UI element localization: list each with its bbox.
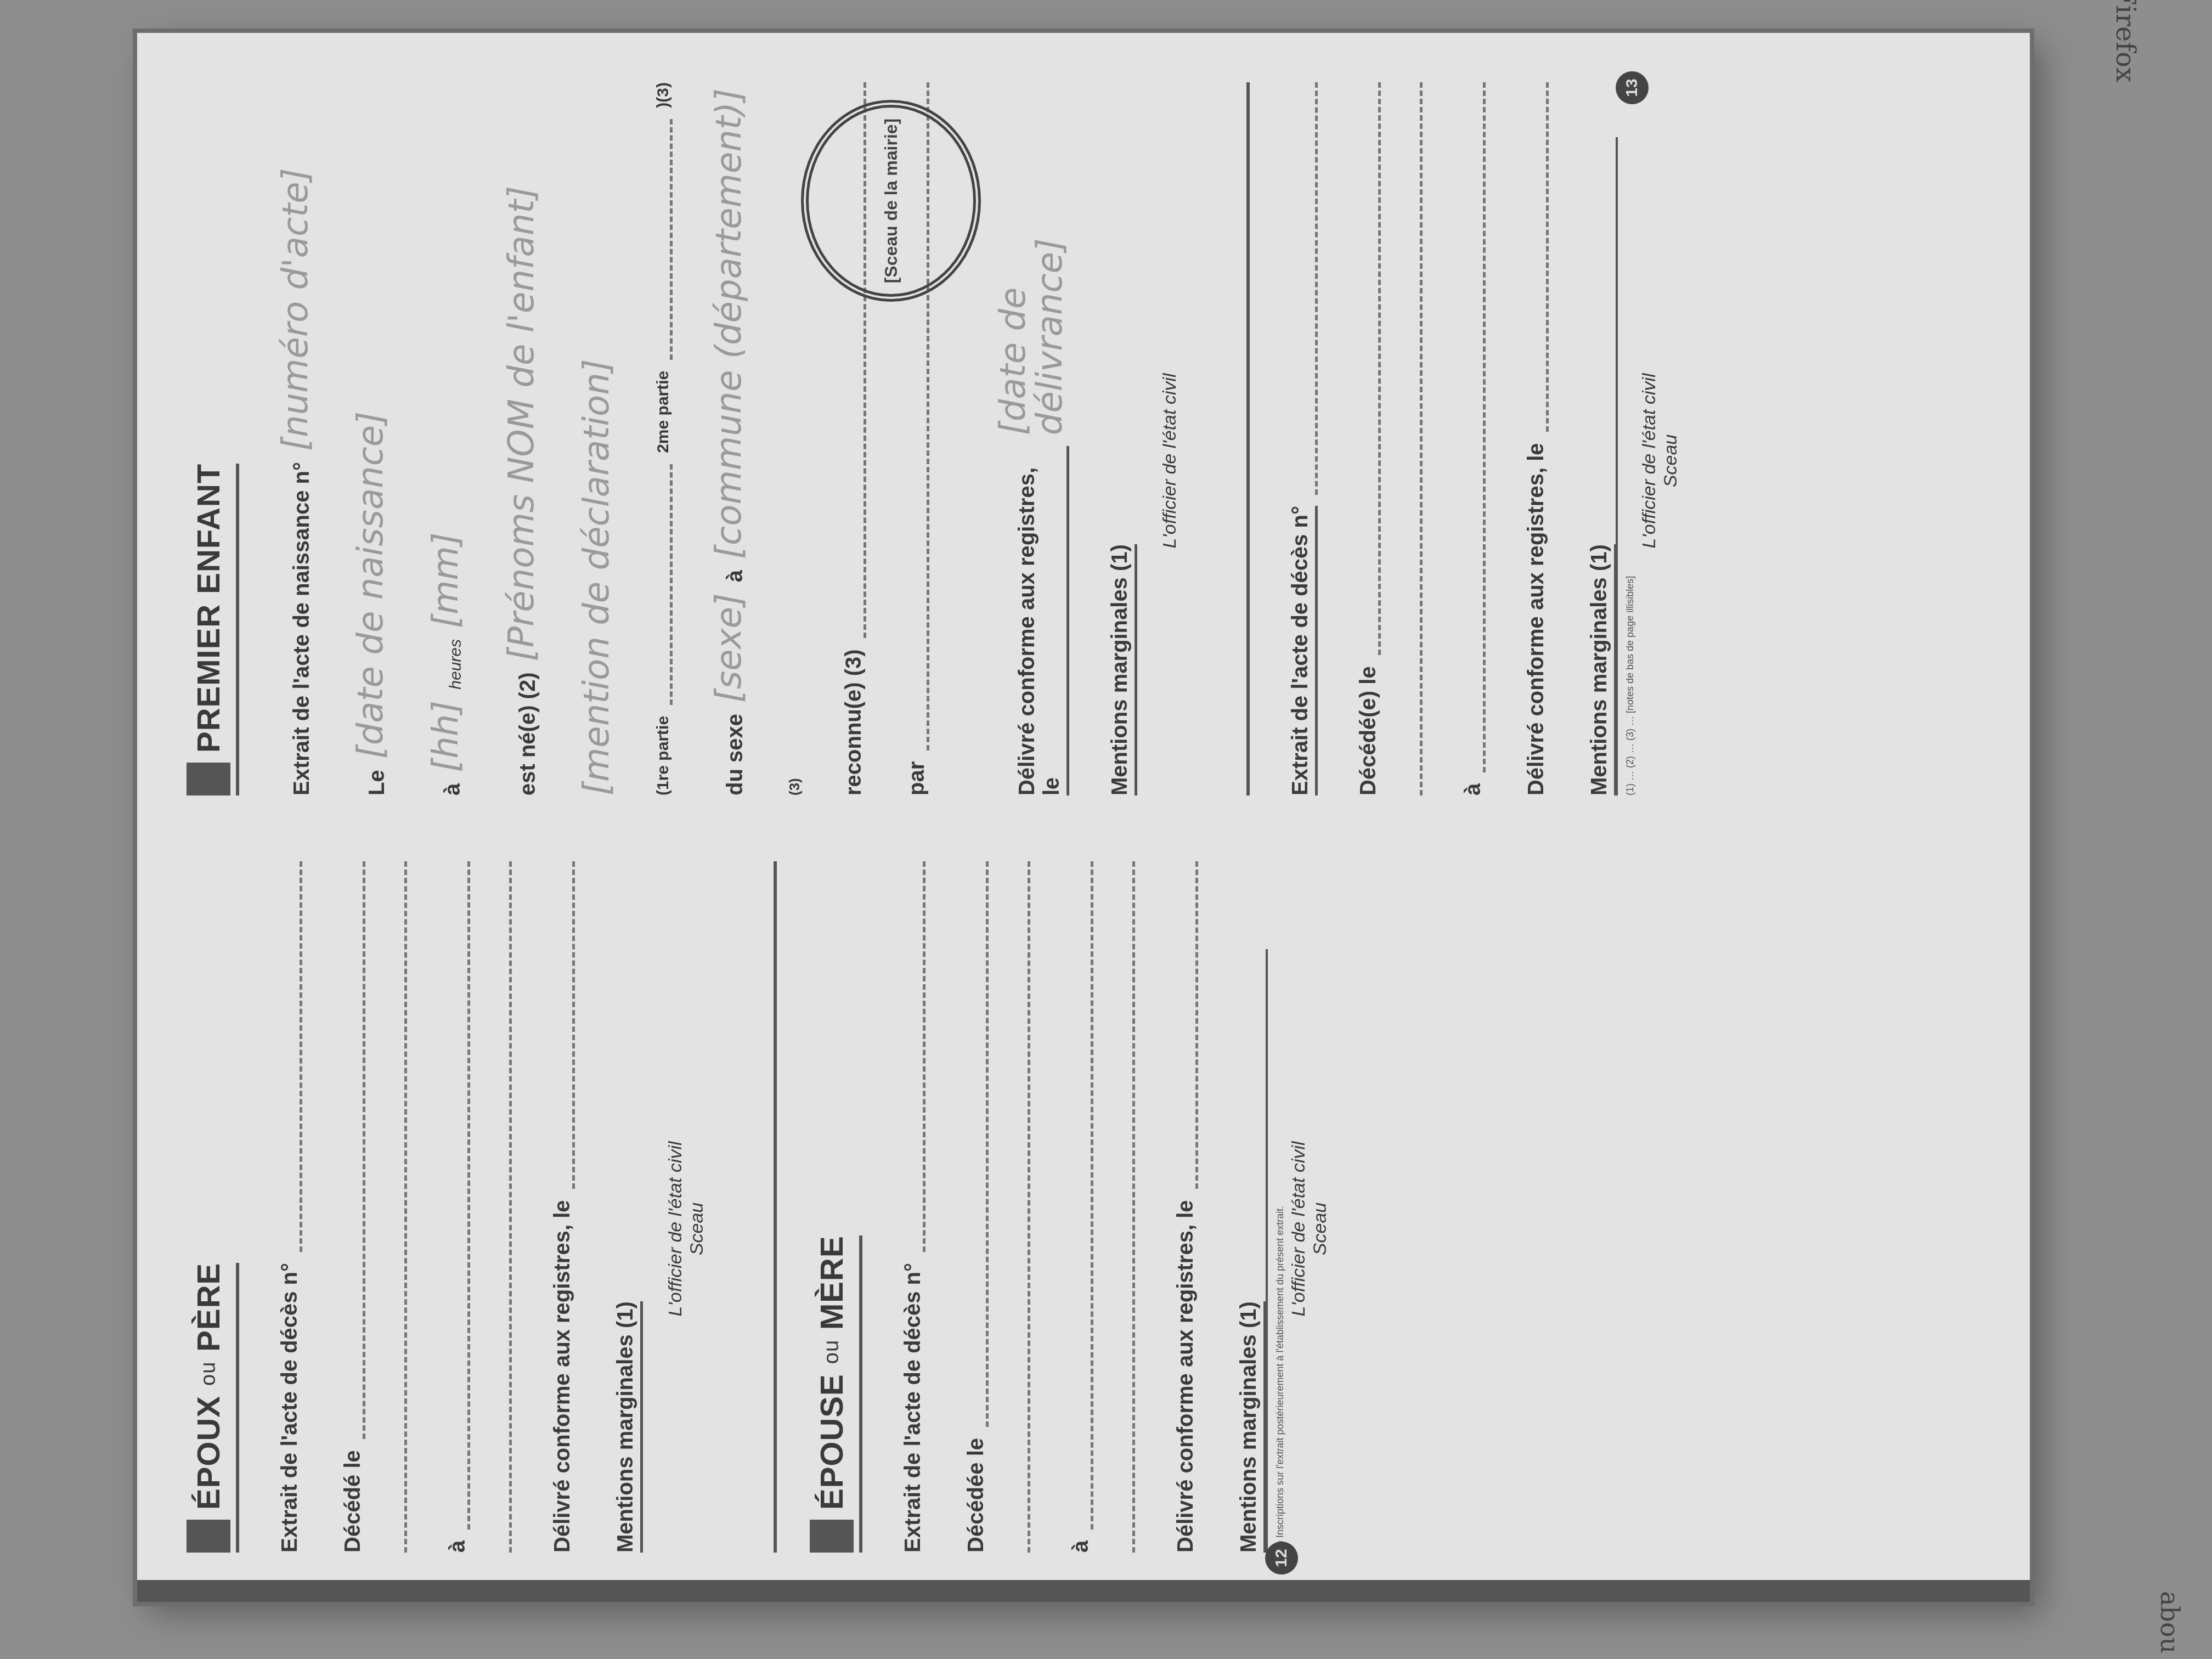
declaration-note[interactable]: [mention de déclaration]	[579, 359, 616, 795]
sex-label: du sexe	[723, 714, 748, 795]
first-child-section: PREMIER ENFANT Extrait de l'acte de nais…	[187, 82, 1181, 795]
birth-extract-number[interactable]: [numéro d'acte]	[278, 168, 314, 451]
father-section: ÉPOUX ou PÈRE Extrait de l'acte de décès…	[187, 861, 708, 1553]
birth-date-value[interactable]: [date de naissance]	[353, 411, 390, 759]
deceased-date-field[interactable]	[1378, 82, 1381, 655]
right-footnotes: (1) … (2) … (3) … [notes de bas de page …	[1616, 137, 1637, 795]
blank-line	[669, 119, 673, 360]
officer-signature-block: L'officier de l'état civil Sceau	[1639, 82, 1681, 795]
blank-line	[1419, 82, 1423, 795]
child-names-value[interactable]: [Prénoms NOM de l'enfant]	[504, 186, 540, 662]
birth-time-prefix: à	[441, 783, 465, 795]
officer-signature-block: L'officier de l'état civil Sceau	[1288, 861, 1331, 1553]
delivered-date-stamp: [date de délivrance]	[995, 82, 1069, 435]
recognized-label: reconnu(e) (3)	[842, 649, 866, 795]
death-extract-field[interactable]	[922, 861, 926, 1252]
delivered-date-field[interactable]	[572, 861, 575, 1189]
death-extract-label: Extrait de l'acte de décès n°	[278, 1263, 302, 1553]
death-place-field[interactable]	[1482, 82, 1486, 772]
by-label: par	[905, 761, 929, 795]
birth-extract-label: Extrait de l'acte de naissance n°	[290, 462, 314, 795]
death-place-field[interactable]	[1090, 861, 1093, 1530]
first-child-section-title: PREMIER ENFANT	[187, 464, 239, 795]
marginal-mentions-label: Mentions marginales (1)	[613, 1301, 643, 1553]
marginal-mentions-label: Mentions marginales (1)	[1587, 544, 1617, 795]
section-tab-marker	[810, 1520, 854, 1553]
birthplace-prefix: à	[723, 570, 748, 582]
section-divider	[774, 861, 777, 1553]
birth-hour-value[interactable]: [hh]	[428, 701, 465, 772]
death-place-field[interactable]	[467, 861, 470, 1530]
page-number-badge: 12	[1265, 1542, 1298, 1575]
deceased-date-field[interactable]	[985, 861, 989, 1427]
mother-section-title: ÉPOUSE ou MÈRE	[810, 1235, 862, 1553]
officer-signature-block: L'officier de l'état civil Sceau	[665, 861, 708, 1553]
born-label: est né(e) (2)	[516, 673, 540, 796]
death-extract-label: Extrait de l'acte de décès n°	[1288, 506, 1318, 795]
deceased-date-label: Décédée le	[964, 1438, 989, 1553]
death-extract-label: Extrait de l'acte de décès n°	[901, 1263, 926, 1553]
deceased-date-field[interactable]	[362, 861, 365, 1439]
blank-line	[404, 861, 407, 1553]
death-place-label: à	[1069, 1541, 1093, 1553]
birth-minute-value[interactable]: [mm]	[428, 532, 465, 628]
officer-signature-block: L'officier de l'état civil	[1159, 82, 1181, 795]
section-tab-marker	[187, 1520, 230, 1553]
deceased-date-label: Décédé le	[341, 1450, 365, 1553]
death-extract-field[interactable]	[299, 861, 302, 1252]
municipal-seal-stamp: [Sceau de la mairie]	[801, 100, 981, 302]
birth-date-label: Le	[365, 770, 390, 795]
first-part-label: (1re partie	[654, 716, 673, 795]
booklet-binding	[137, 1580, 2030, 1602]
death-place-label: à	[1461, 783, 1486, 795]
blank-line	[509, 861, 512, 1553]
delivered-date-field[interactable]	[1545, 82, 1549, 432]
left-page: ÉPOUX ou PÈRE Extrait de l'acte de décès…	[187, 861, 1331, 1553]
blank-line	[669, 464, 673, 705]
birthplace-value[interactable]: [commune (département)]	[711, 88, 748, 559]
booklet-photo: ÉPOUX ou PÈRE Extrait de l'acte de décès…	[137, 33, 2030, 1602]
footnote-marker: (3)	[786, 778, 803, 795]
left-footnote: (1) Inscriptions sur l'extrait postérieu…	[1266, 949, 1287, 1553]
delivered-label: Délivré conforme aux registres, le	[1524, 443, 1549, 796]
adjacent-page-text: abou	[2155, 1591, 2185, 1654]
mother-section: ÉPOUSE ou MÈRE Extrait de l'acte de décè…	[810, 861, 1331, 1553]
marginal-mentions-label: Mentions marginales (1)	[1237, 1301, 1266, 1553]
hours-label: heures	[447, 639, 465, 690]
blank-line	[1132, 861, 1135, 1553]
delivered-label: Délivré conforme aux registres, le	[1173, 1200, 1198, 1553]
father-section-title: ÉPOUX ou PÈRE	[187, 1263, 239, 1553]
death-place-label: à	[445, 1541, 470, 1553]
livret-de-famille-page: ÉPOUX ou PÈRE Extrait de l'acte de décès…	[137, 33, 2030, 1602]
section-tab-marker	[187, 763, 230, 795]
deceased-date-label: Décédé(e) le	[1356, 666, 1381, 795]
delivered-label: Délivré conforme aux registres, le	[1015, 446, 1069, 795]
right-page: PREMIER ENFANT Extrait de l'acte de nais…	[187, 82, 1681, 795]
sex-value[interactable]: [sexe]	[711, 593, 748, 703]
second-part-label: 2me partie	[654, 371, 673, 453]
blank-line	[1027, 861, 1030, 1553]
browser-label: Firefox	[2110, 0, 2141, 82]
page-number-badge: 13	[1616, 71, 1649, 104]
part-suffix: )(3)	[654, 82, 673, 108]
section-divider	[1246, 82, 1250, 795]
delivered-date-field[interactable]	[1195, 861, 1198, 1189]
marginal-mentions-label: Mentions marginales (1)	[1108, 544, 1137, 795]
delivered-label: Délivré conforme aux registres, le	[550, 1200, 575, 1553]
death-extract-field[interactable]	[1314, 82, 1318, 495]
